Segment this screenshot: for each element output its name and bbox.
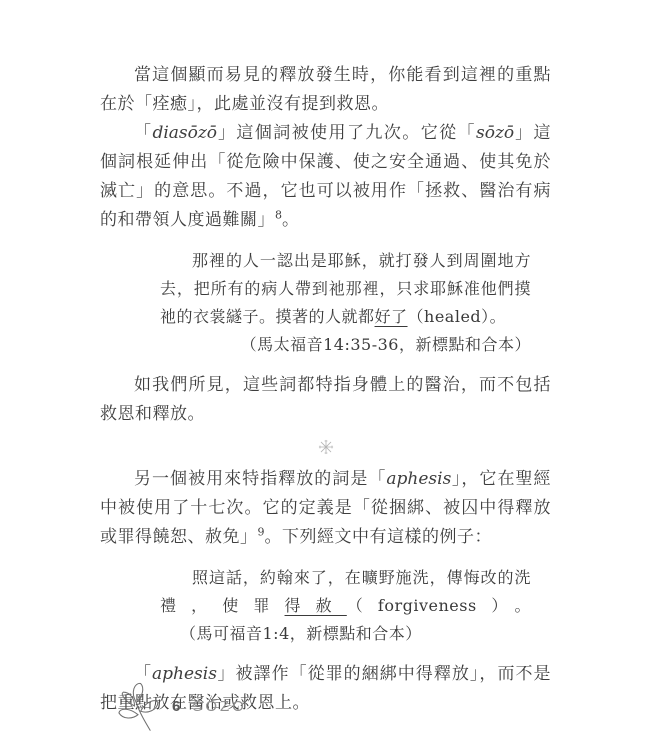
text-segment: 「 (134, 123, 152, 143)
text-segment: 」這個詞被使用了九次。它從「 (217, 123, 476, 143)
greek-term-diasozo: diasōzō (152, 123, 217, 143)
paragraph-2: 「diasōzō」這個詞被使用了九次。它從「sōzō」這個詞根延伸出「從危險中保… (100, 119, 551, 235)
leaf-branch-icon (112, 678, 164, 734)
scripture-reference-mark: （馬可福音1:4，新標點和合本） (188, 624, 422, 643)
underlined-term-healed: 好了 (375, 307, 408, 326)
text-segment: （forgiveness）。 (347, 596, 531, 615)
text-segment: 。 (282, 210, 300, 230)
scripture-reference-matthew: （馬太福音14:35-36，新標點和合本） (160, 331, 531, 359)
scripture-quote-matthew: 那裡的人一認出是耶穌，就打發人到周圍地方去，把所有的病人帶到祂那裡，只求耶穌准他… (160, 247, 531, 359)
greek-term-aphesis: aphesis (386, 469, 451, 489)
footnote-reference-9: 9 (258, 525, 265, 538)
snowflake-ornament-icon (317, 438, 335, 456)
section-divider (100, 429, 551, 465)
page-footer: 6 SOZO (112, 678, 247, 734)
paragraph-4: 另一個被用來特指釋放的詞是「aphesis」，它在聖經中被使用了十七次。它的定義… (100, 465, 551, 552)
page-number: 6 (172, 698, 180, 715)
paragraph-1: 當這個顯而易見的釋放發生時，你能看到這裡的重點在於「痊癒」，此處並沒有提到救恩。 (100, 61, 551, 119)
text-segment: 另一個被用來特指釋放的詞是「 (134, 469, 386, 489)
scripture-quote-matthew-text: 那裡的人一認出是耶穌，就打發人到周圍地方去，把所有的病人帶到祂那裡，只求耶穌准他… (160, 247, 531, 331)
footnote-reference-8: 8 (275, 208, 282, 221)
scripture-quote-mark: 照這話，約翰來了，在曠野施洗，傳悔改的洗禮，使罪得赦（forgiveness）。… (160, 564, 531, 648)
text-segment: 。下列經文中有這樣的例子： (265, 527, 493, 547)
paragraph-3: 如我們所見，這些詞都特指身體上的醫治，而不包括救恩和釋放。 (100, 371, 551, 429)
underlined-term-forgiveness: 得赦 (285, 596, 347, 615)
greek-term-sozo: sōzō (476, 123, 514, 143)
scripture-quote-mark-text: 照這話，約翰來了，在曠野施洗，傳悔改的洗禮，使罪得赦（forgiveness）。… (160, 564, 531, 648)
book-title: SOZO (192, 698, 247, 715)
page-content: 當這個顯而易見的釋放發生時，你能看到這裡的重點在於「痊癒」，此處並沒有提到救恩。… (100, 61, 551, 718)
text-segment: （healed）。 (408, 307, 507, 326)
